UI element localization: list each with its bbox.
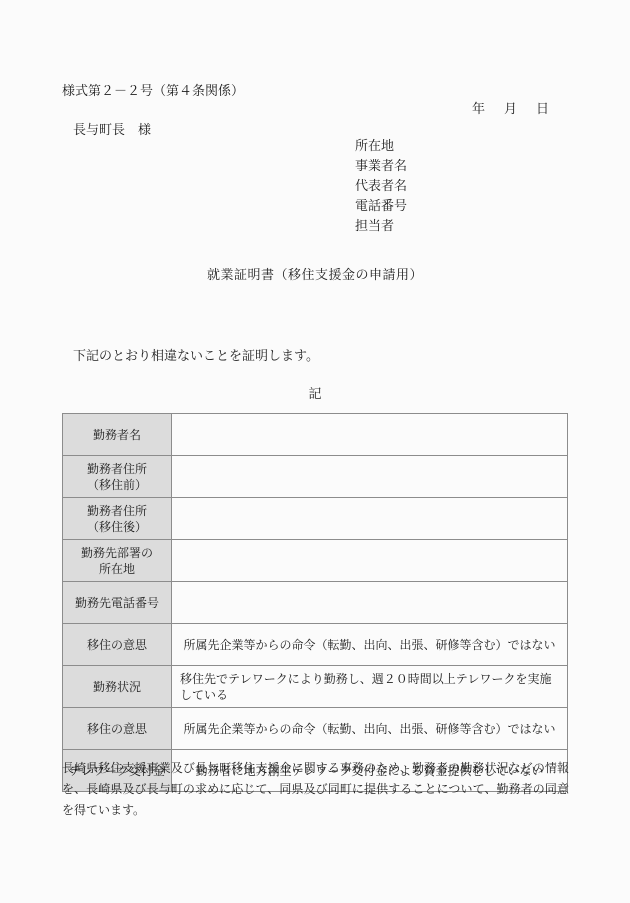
row-label: 勤務者住所 （移住後）: [63, 498, 172, 540]
sender-field-location: 所在地: [355, 136, 407, 156]
record-marker: 記: [0, 383, 630, 402]
table-row: 勤務状況移住先でテレワークにより勤務し、週２０時間以上テレワークを実施している: [63, 666, 568, 708]
date-line: 年 月 日: [472, 98, 552, 117]
row-value: [172, 582, 568, 624]
row-value: [172, 456, 568, 498]
row-label: 勤務先電話番号: [63, 582, 172, 624]
row-value: [172, 540, 568, 582]
sender-info-block: 所在地 事業者名 代表者名 電話番号 担当者: [355, 136, 407, 236]
sender-field-business-name: 事業者名: [355, 156, 407, 176]
row-value: [172, 414, 568, 456]
table-row: 勤務先電話番号: [63, 582, 568, 624]
sender-field-phone-number: 電話番号: [355, 196, 407, 216]
table-row: 勤務者住所 （移住前）: [63, 456, 568, 498]
row-label: 勤務者住所 （移住前）: [63, 456, 172, 498]
sender-field-contact-person: 担当者: [355, 216, 407, 236]
row-label: 勤務状況: [63, 666, 172, 708]
table-row: 移住の意思所属先企業等からの命令（転勤、出向、出張、研修等含む）ではない: [63, 708, 568, 750]
table-row: 勤務者名: [63, 414, 568, 456]
sender-field-representative-name: 代表者名: [355, 176, 407, 196]
addressee: 長与町長 様: [73, 119, 151, 138]
row-label: 移住の意思: [63, 708, 172, 750]
row-value: 所属先企業等からの命令（転勤、出向、出張、研修等含む）ではない: [172, 708, 568, 750]
table-row: 移住の意思所属先企業等からの命令（転勤、出向、出張、研修等含む）ではない: [63, 624, 568, 666]
employment-certificate-table: 勤務者名勤務者住所 （移住前）勤務者住所 （移住後）勤務先部署の 所在地勤務先電…: [62, 413, 568, 792]
consent-note: 長崎県移住支援事業及び長与町移住支援金に関する事務のため、勤務者の勤務状況などの…: [62, 758, 569, 821]
table-row: 勤務者住所 （移住後）: [63, 498, 568, 540]
document-title: 就業証明書（移住支援金の申請用）: [0, 264, 630, 283]
row-label: 勤務先部署の 所在地: [63, 540, 172, 582]
row-label: 移住の意思: [63, 624, 172, 666]
employment-table-body: 勤務者名勤務者住所 （移住前）勤務者住所 （移住後）勤務先部署の 所在地勤務先電…: [63, 414, 568, 792]
declaration-text: 下記のとおり相違ないことを証明します。: [73, 345, 319, 364]
row-label: 勤務者名: [63, 414, 172, 456]
row-value: 移住先でテレワークにより勤務し、週２０時間以上テレワークを実施している: [172, 666, 568, 708]
form-number: 様式第２－２号（第４条関係）: [62, 80, 244, 99]
row-value: [172, 498, 568, 540]
document-page: 様式第２－２号（第４条関係） 年 月 日 長与町長 様 所在地 事業者名 代表者…: [0, 0, 630, 903]
row-value: 所属先企業等からの命令（転勤、出向、出張、研修等含む）ではない: [172, 624, 568, 666]
table-row: 勤務先部署の 所在地: [63, 540, 568, 582]
